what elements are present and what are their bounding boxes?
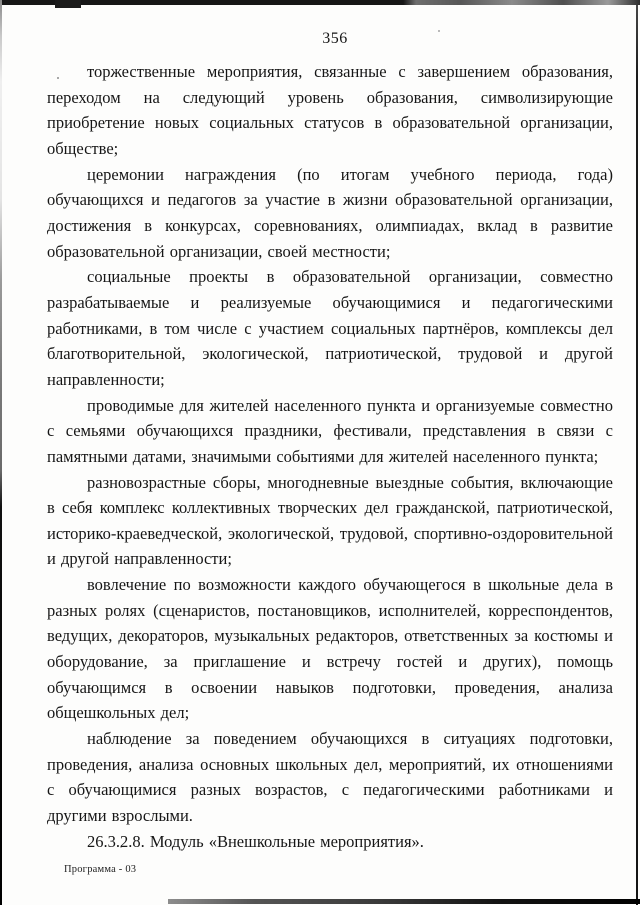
scan-artifact-bottom-edge bbox=[168, 899, 640, 904]
paragraph-multiday-events: разновозрастные сборы, многодневные выез… bbox=[47, 470, 613, 573]
document-body: торжественные мероприятия, связанные с з… bbox=[47, 59, 613, 854]
page-number: 356 bbox=[30, 30, 640, 48]
paragraph-module-heading: 26.3.2.8. Модуль «Внешкольные мероприяти… bbox=[47, 829, 613, 855]
scan-artifact-top-notch bbox=[55, 0, 81, 8]
scan-artifact-right-edge bbox=[636, 5, 638, 905]
paragraph-student-involvement: вовлечение по возможности каждого обучаю… bbox=[47, 572, 613, 726]
paragraph-ceremonies-graduation: торжественные мероприятия, связанные с з… bbox=[47, 59, 613, 162]
scan-artifact-left-edge bbox=[0, 0, 2, 905]
paragraph-award-ceremonies: церемонии награждения (по итогам учебног… bbox=[47, 162, 613, 265]
footer-label: Программа - 03 bbox=[64, 864, 136, 875]
paragraph-social-projects: социальные проекты в образовательной орг… bbox=[47, 264, 613, 392]
paragraph-community-holidays: проводимые для жителей населенного пункт… bbox=[47, 393, 613, 470]
scanned-document-page: 356 торжественные мероприятия, связанные… bbox=[0, 0, 640, 905]
paragraph-behavior-observation: наблюдение за поведением обучающихся в с… bbox=[47, 726, 613, 829]
scan-artifact-top-edge bbox=[0, 0, 640, 5]
